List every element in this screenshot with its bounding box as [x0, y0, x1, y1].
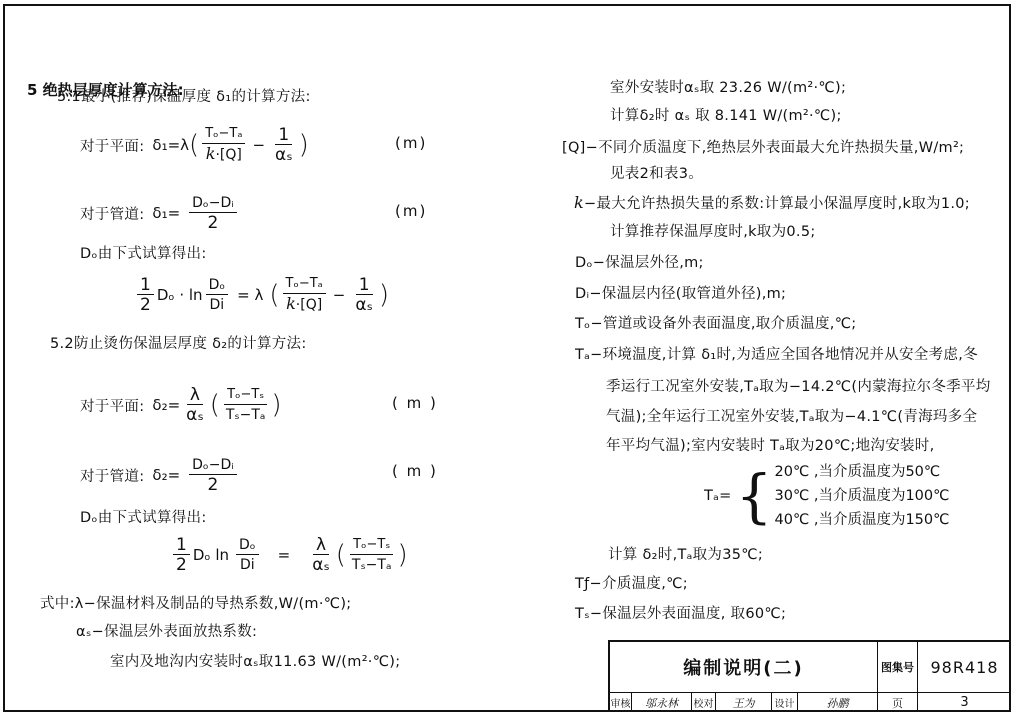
legend-di: Dᵢ−保温层内径(取管道外径),m; — [575, 282, 786, 303]
check-signature: 王为 — [716, 693, 772, 712]
ta-case: 30℃ ,当介质温度为100℃ — [775, 484, 950, 508]
unit-m: (m) — [395, 134, 427, 152]
fraction: Tₒ−Tₐ k·[Q] — [283, 275, 326, 315]
drawing-title: 编制说明(二) — [610, 642, 878, 693]
legend-k-line2: 计算推荐保温厚度时,k取为0.5; — [610, 220, 816, 241]
review-label: 审核 — [610, 693, 632, 712]
paren-close: ) — [299, 130, 309, 160]
legend-do: Dₒ−保温层外径,m; — [575, 251, 704, 272]
sub2-pipe-equation: 对于管道: δ₂= Dₒ−Dᵢ 2 — [80, 452, 240, 498]
sub1-title: 5.1最小(推荐)保温厚度 δ₁的计算方法: — [57, 85, 311, 106]
fraction: Dₒ−Dᵢ 2 — [189, 456, 237, 495]
title-block: 编制说明(二) 图集号 98R418 审核 邬永林 校对 王为 设计 孙鹏 页 … — [608, 640, 1011, 712]
sub1-plane-equation: 对于平面: δ₁=λ ( Tₒ−Tₐ k·[Q] − 1 αₛ ) — [80, 122, 309, 168]
legend-tf: Tƒ−介质温度,℃; — [575, 572, 688, 593]
fraction: Tₒ−Tₐ k·[Q] — [202, 125, 245, 165]
legend-ta-line3: 气温);全年运行工况室外安装,Tₐ取为−4.1℃(青海玛多全 — [606, 405, 977, 426]
legend-q-line2: 见表2和表3。 — [610, 162, 703, 183]
legend-to: Tₒ−管道或设备外表面温度,取介质温度,℃; — [575, 312, 857, 333]
paren-open: ( — [189, 130, 199, 160]
pipe-label: 对于管道: — [80, 203, 144, 224]
ta-cases-label: Tₐ= — [704, 488, 732, 504]
fraction: λ αₛ — [309, 536, 333, 575]
legend-q-line1: [Q]−不同介质温度下,绝热层外表面最大允许热损失量,W/m²; — [562, 136, 964, 157]
legend-ta-line1: Tₐ−环境温度,计算 δ₁时,为适应全国各地情况并从安全考虑,冬 — [575, 343, 978, 364]
sub2-do-equation: 1 2 Dₒ ln Dₒ Di = λ αₛ ( Tₒ−Tₛ Tₛ−Tₐ ) — [170, 530, 408, 580]
fraction: 1 2 — [173, 536, 190, 575]
fraction: Tₒ−Tₛ Tₛ−Tₐ — [223, 386, 269, 425]
do-note: Dₒ由下式试算得出: — [80, 506, 207, 527]
delta1-lhs: δ₁=λ — [152, 136, 189, 154]
unit-m: (m) — [395, 202, 427, 220]
fraction: 1 αₛ — [272, 126, 296, 165]
plane-label: 对于平面: — [80, 135, 144, 156]
plane-label: 对于平面: — [80, 395, 144, 416]
sub2-plane-equation: 对于平面: δ₂= λ αₛ ( Tₒ−Tₛ Tₛ−Tₐ ) — [80, 380, 282, 430]
legend-k-line1: k−最大允许热损失量的系数:计算最小保温厚度时,k取为1.0; — [574, 192, 970, 213]
curly-brace-icon: { — [736, 467, 773, 525]
fraction: Tₒ−Tₛ Tₛ−Tₐ — [349, 536, 395, 575]
review-signature: 邬永林 — [632, 693, 692, 712]
ta-case: 20℃ ,当介质温度为50℃ — [775, 460, 950, 484]
fraction: 1 2 — [137, 276, 154, 315]
legend-alpha-outdoor: 室外安装时αₛ取 23.26 W/(m²·℃); — [610, 76, 846, 97]
legend-alpha-title: αₛ−保温层外表面放热系数: — [76, 620, 257, 641]
fraction: λ αₛ — [183, 386, 207, 425]
legend-ta-delta2: 计算 δ₂时,Tₐ取为35℃; — [608, 543, 763, 564]
design-signature: 孙鹏 — [798, 693, 878, 712]
ta-cases: Tₐ= { 20℃ ,当介质温度为50℃ 30℃ ,当介质温度为100℃ 40℃… — [704, 460, 949, 532]
atlas-number: 98R418 — [918, 642, 1011, 693]
legend-alpha-indoor: 室内及地沟内安装时αₛ取11.63 W/(m²·℃); — [110, 650, 400, 671]
atlas-label: 图集号 — [878, 642, 918, 693]
legend-lambda: 式中:λ−保温材料及制品的导热系数,W/(m·℃); — [40, 592, 351, 613]
do-note: Dₒ由下式试算得出: — [80, 242, 207, 263]
sub2-title: 5.2防止烫伤保温层厚度 δ₂的计算方法: — [50, 332, 307, 353]
page-number: 3 — [918, 693, 1011, 712]
check-label: 校对 — [692, 693, 716, 712]
page-label: 页 — [878, 693, 918, 712]
fraction: 1 αₛ — [352, 276, 376, 315]
sub1-pipe-equation: 对于管道: δ₁= Dₒ−Dᵢ 2 — [80, 190, 240, 236]
legend-ts: Tₛ−保温层外表面温度, 取60℃; — [575, 602, 786, 623]
sub1-do-equation: 1 2 Dₒ · ln Dₒ Di = λ ( Tₒ−Tₐ k·[Q] − 1 … — [134, 270, 389, 320]
ta-case: 40℃ ,当介质温度为150℃ — [775, 508, 950, 532]
unit-m: ( m ) — [392, 394, 438, 412]
legend-ta-line2: 季运行工况室外安装,Tₐ取为−14.2℃(内蒙海拉尔冬季平均 — [606, 375, 991, 396]
legend-alpha-delta2: 计算δ₂时 αₛ 取 8.141 W/(m²·℃); — [610, 104, 842, 125]
fraction: Dₒ Di — [206, 276, 229, 315]
pipe-label: 对于管道: — [80, 465, 144, 486]
design-label: 设计 — [772, 693, 798, 712]
fraction: Dₒ−Dᵢ 2 — [189, 194, 237, 233]
fraction: Dₒ Di — [236, 536, 259, 575]
legend-ta-line4: 年平均气温);室内安装时 Tₐ取为20℃;地沟安装时, — [606, 434, 935, 455]
unit-m: ( m ) — [392, 462, 438, 480]
